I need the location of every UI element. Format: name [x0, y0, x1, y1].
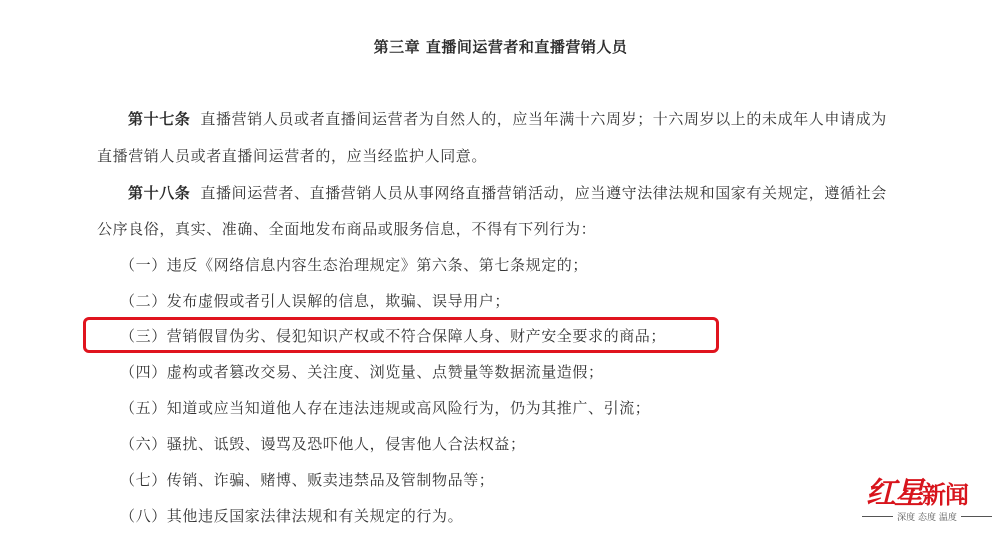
watermark-title: 红星新闻 [866, 468, 968, 512]
list-item-2: （二）发布虚假或者引人误解的信息，欺骗、误导用户； [120, 291, 510, 311]
article-18-line-2: 公序良俗，真实、准确、全面地发布商品或服务信息，不得有下列行为： [97, 219, 596, 239]
list-item-4: （四）虚构或者篡改交易、关注度、浏览量、点赞量等数据流量造假； [120, 362, 604, 382]
watermark-tagline: 深度 态度 温度 [897, 510, 957, 523]
article-17-line-2: 直播营销人员或者直播间运营者的，应当经监护人同意。 [97, 146, 487, 166]
list-item-3-highlighted: （三）营销假冒伪劣、侵犯知识产权或不符合保障人身、财产安全要求的商品； [120, 326, 666, 346]
list-item-7: （七）传销、诈骗、赌博、贩卖违禁品及管制物品等； [120, 470, 494, 490]
list-item-1: （一）违反《网络信息内容生态治理规定》第六条、第七条规定的； [120, 255, 588, 275]
article-17-line-1: 第十七条直播营销人员或者直播间运营者为自然人的，应当年满十六周岁；十六周岁以上的… [128, 109, 887, 129]
watermark-brand: 红星 [866, 476, 922, 511]
article-18-text-1: 直播间运营者、直播营销人员从事网络直播营销活动，应当遵守法律法规和国家有关规定，… [200, 184, 886, 202]
chapter-title: 第三章 直播间运营者和直播营销人员 [0, 36, 1001, 57]
article-18-label: 第十八条 [128, 184, 190, 202]
list-item-5: （五）知道或应当知道他人存在违法违规或高风险行为，仍为其推广、引流； [120, 398, 650, 418]
watermark-tagline-row: 深度 态度 温度 [862, 510, 992, 523]
watermark-news: 新闻 [922, 480, 968, 509]
divider [862, 516, 893, 517]
article-17-label: 第十七条 [128, 110, 190, 128]
divider [961, 516, 992, 517]
list-item-8: （八）其他违反国家法律法规和有关规定的行为。 [120, 506, 463, 526]
list-item-6: （六）骚扰、诋毁、谩骂及恐吓他人，侵害他人合法权益； [120, 434, 526, 454]
watermark-logo: 红星新闻 深度 态度 温度 [862, 468, 998, 530]
article-17-text-1: 直播营销人员或者直播间运营者为自然人的，应当年满十六周岁；十六周岁以上的未成年人… [200, 110, 886, 128]
article-18-line-1: 第十八条直播间运营者、直播营销人员从事网络直播营销活动，应当遵守法律法规和国家有… [128, 183, 887, 203]
